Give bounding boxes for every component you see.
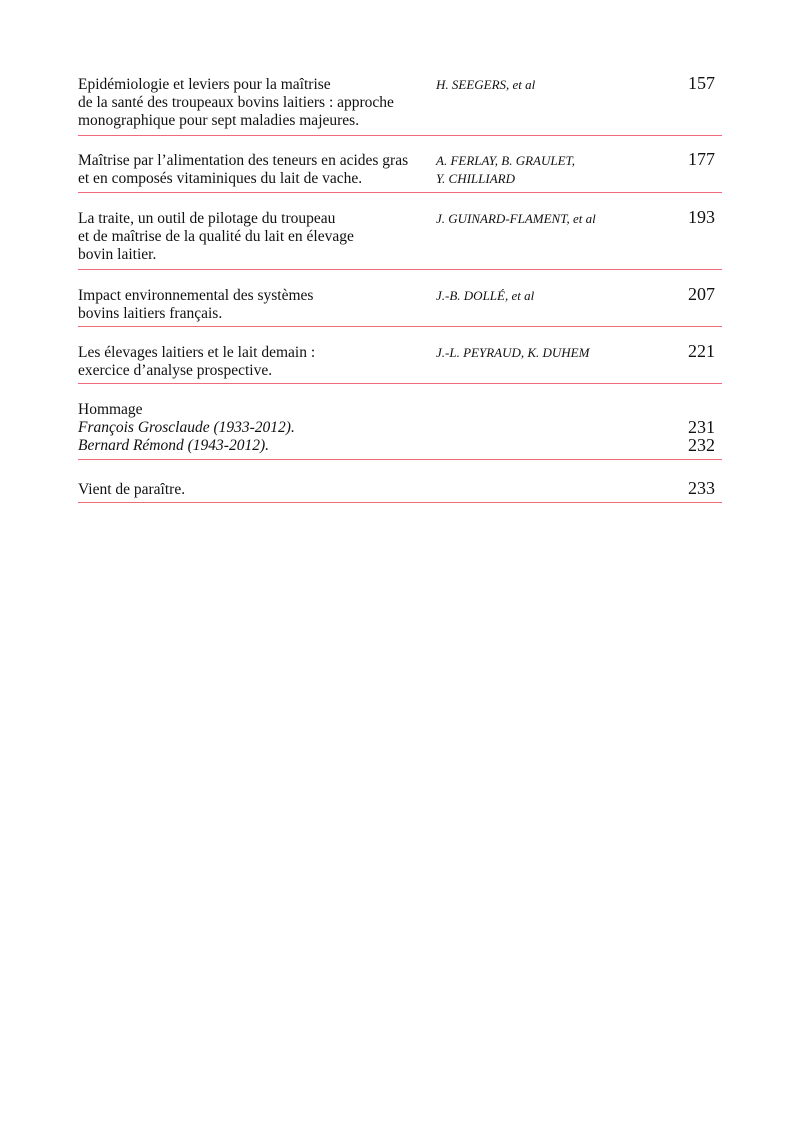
author-line: Y. CHILLIARD [436, 170, 575, 188]
entry-authors: J. GUINARD-FLAMENT, et al [436, 210, 596, 228]
hommage-heading: Hommage [78, 401, 143, 419]
author-line: J. GUINARD-FLAMENT, et al [436, 210, 596, 228]
hommage-item: François Grosclaude (1933-2012). 231 [78, 419, 722, 437]
entry-title: Epidémiologie et leviers pour la maîtris… [78, 76, 434, 130]
title-line: Maîtrise par l’alimentation des teneurs … [78, 152, 434, 170]
title-line: Impact environnemental des systèmes [78, 287, 434, 305]
title-line: et de maîtrise de la qualité du lait en … [78, 228, 434, 246]
page-number: 177 [688, 149, 715, 169]
page-number: 221 [688, 341, 715, 361]
title-line: bovins laitiers français. [78, 305, 434, 323]
page-number: 232 [688, 436, 715, 454]
author-line: A. FERLAY, B. GRAULET, [436, 152, 575, 170]
title-line: de la santé des troupeaux bovins laitier… [78, 94, 434, 112]
author-line: J.-L. PEYRAUD, K. DUHEM [436, 344, 589, 362]
title-line: exercice d’analyse prospective. [78, 362, 434, 380]
entry-title: Impact environnemental des systèmes bovi… [78, 287, 434, 323]
toc-entry: Les élevages laitiers et le lait demain … [78, 344, 722, 384]
entry-title: Vient de paraître. [78, 481, 434, 499]
entry-title: La traite, un outil de pilotage du troup… [78, 210, 434, 264]
entry-authors: J.-L. PEYRAUD, K. DUHEM [436, 344, 589, 362]
author-line: J.-B. DOLLÉ, et al [436, 287, 534, 305]
toc-entry: La traite, un outil de pilotage du troup… [78, 210, 722, 270]
title-line: et en composés vitaminiques du lait de v… [78, 170, 434, 188]
page-number: 233 [688, 478, 715, 498]
title-line: Epidémiologie et leviers pour la maîtris… [78, 76, 434, 94]
entry-title: Maîtrise par l’alimentation des teneurs … [78, 152, 434, 188]
toc-entry-new-releases: Vient de paraître. 233 [78, 481, 722, 503]
hommage-name: François Grosclaude (1933-2012). [78, 419, 295, 437]
page-number: 157 [688, 73, 715, 93]
entry-authors: J.-B. DOLLÉ, et al [436, 287, 534, 305]
toc-entry: Maîtrise par l’alimentation des teneurs … [78, 152, 722, 193]
toc-entry: Impact environnemental des systèmes bovi… [78, 287, 722, 327]
title-line: Les élevages laitiers et le lait demain … [78, 344, 434, 362]
title-line: monographique pour sept maladies majeure… [78, 112, 434, 130]
author-line: H. SEEGERS, et al [436, 76, 535, 94]
title-line: La traite, un outil de pilotage du troup… [78, 210, 434, 228]
entry-authors: H. SEEGERS, et al [436, 76, 535, 94]
toc-entry: Epidémiologie et leviers pour la maîtris… [78, 76, 722, 136]
page-number: 193 [688, 207, 715, 227]
page-number: 231 [688, 418, 715, 436]
hommage-section: Hommage François Grosclaude (1933-2012).… [78, 401, 722, 460]
page-number: 207 [688, 284, 715, 304]
hommage-item: Bernard Rémond (1943-2012). 232 [78, 437, 722, 455]
entry-authors: A. FERLAY, B. GRAULET, Y. CHILLIARD [436, 152, 575, 188]
title-line: bovin laitier. [78, 246, 434, 264]
title-line: Vient de paraître. [78, 481, 434, 499]
hommage-name: Bernard Rémond (1943-2012). [78, 437, 269, 455]
entry-title: Les élevages laitiers et le lait demain … [78, 344, 434, 380]
